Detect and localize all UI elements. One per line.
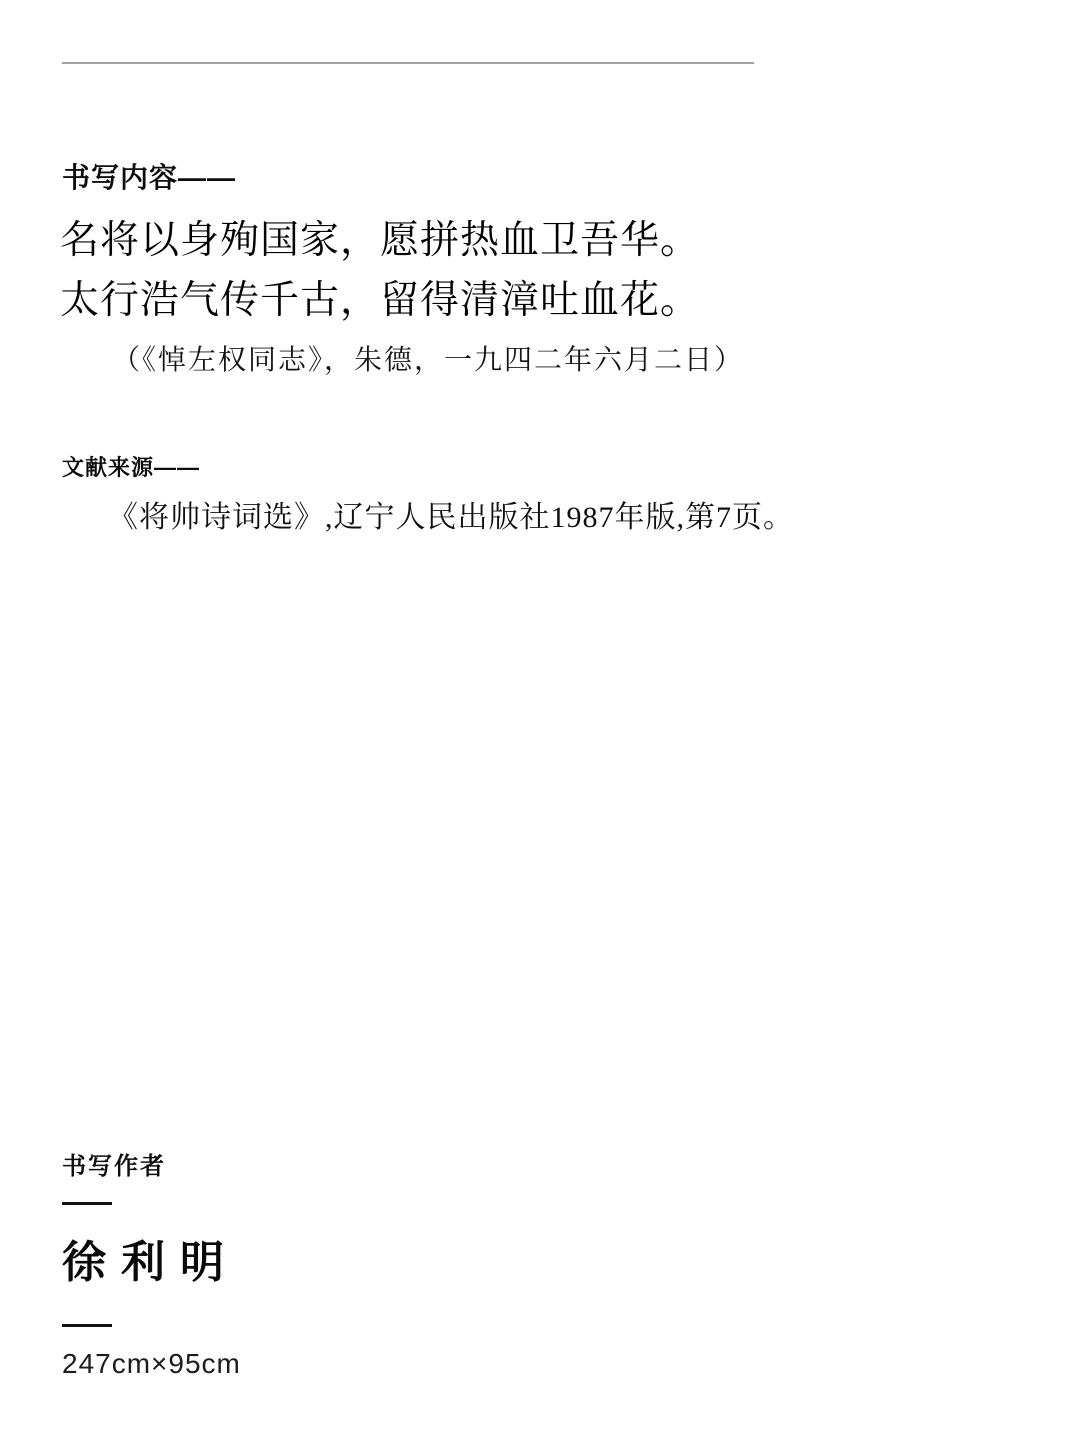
top-divider xyxy=(62,62,754,64)
artwork-dimensions: 247cm×95cm xyxy=(62,1350,241,1378)
article-page: 书写内容—— 名将以身殉国家，愿拼热血卫吾华。 太行浩气传千古，留得清漳吐血花。… xyxy=(0,0,1080,1439)
content-section-heading: 书写内容—— xyxy=(62,164,236,192)
author-divider-top xyxy=(62,1202,112,1205)
poem-line-2: 太行浩气传千古，留得清漳吐血花。 xyxy=(60,281,700,320)
source-citation: 《将帅诗词选》,辽宁人民出版社1987年版,第7页。 xyxy=(108,503,794,533)
poem-attribution: （《悼左权同志》，朱德，一九四二年六月二日） xyxy=(112,347,744,375)
poem-line-1: 名将以身殉国家，愿拼热血卫吾华。 xyxy=(60,221,700,260)
author-section-heading: 书写作者 xyxy=(62,1155,166,1179)
author-name: 徐利明 xyxy=(62,1241,239,1285)
author-divider-bottom xyxy=(62,1324,112,1327)
source-section-heading: 文献来源—— xyxy=(62,457,200,479)
